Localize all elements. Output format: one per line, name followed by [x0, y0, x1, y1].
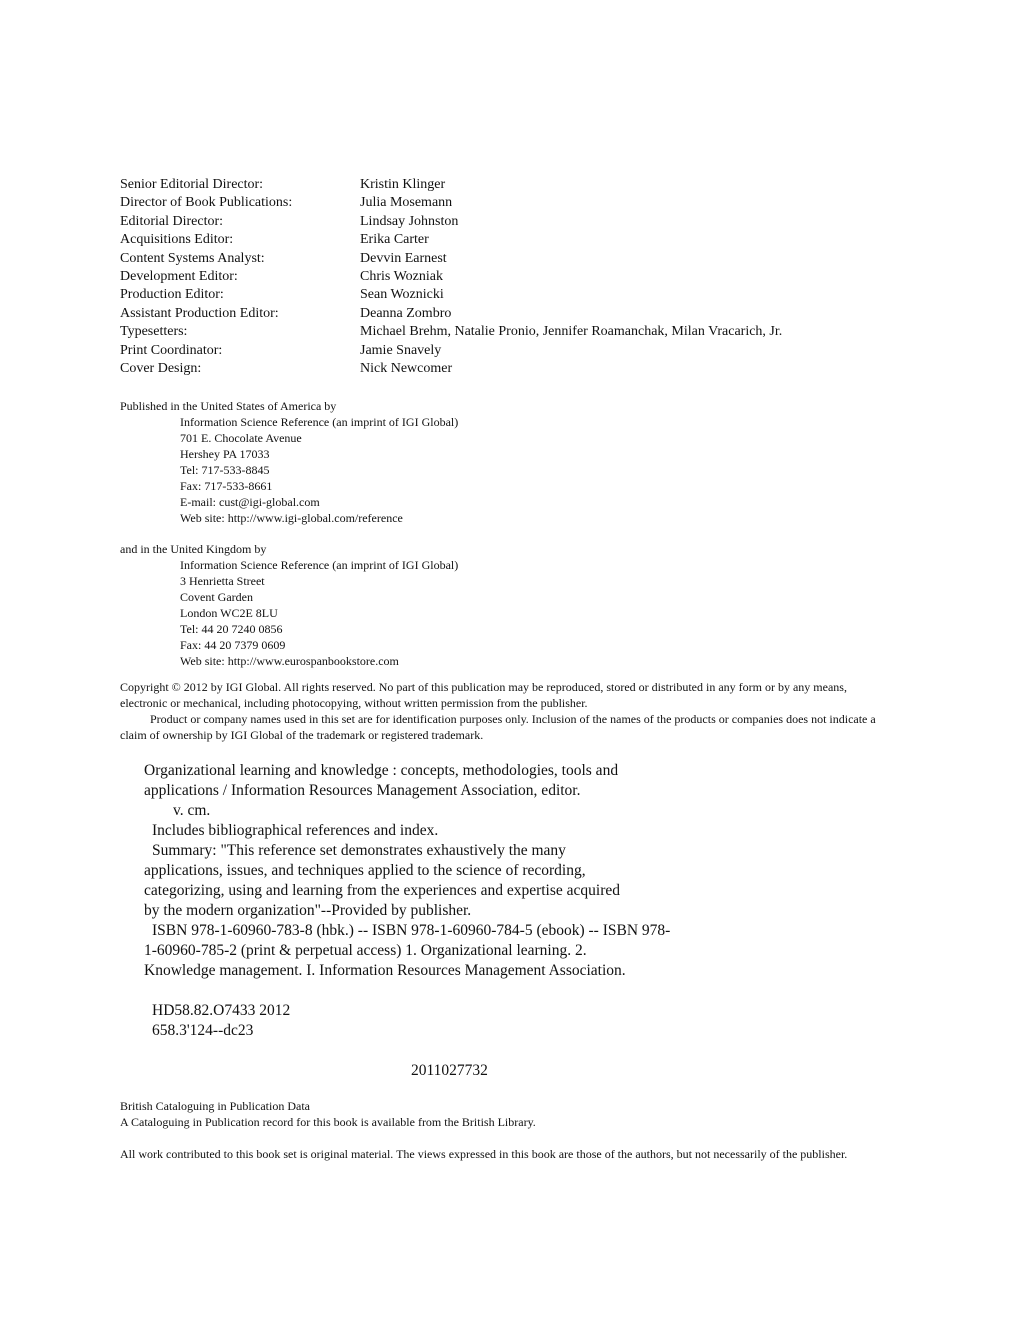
publisher-us-fax: Fax: 717-533-8661 — [180, 478, 272, 494]
publisher-uk-website: Web site: http://www.eurospanbookstore.c… — [180, 653, 399, 669]
publisher-us-tel: Tel: 717-533-8845 — [180, 462, 269, 478]
disclaimer: All work contributed to this book set is… — [120, 1146, 880, 1162]
staff-role: Acquisitions Editor: — [120, 231, 360, 249]
staff-role: Typesetters: — [120, 323, 360, 341]
british-cip-text: A Cataloguing in Publication record for … — [120, 1114, 536, 1130]
staff-role: Production Editor: — [120, 286, 360, 304]
publisher-uk-name: Information Science Reference (an imprin… — [180, 557, 458, 573]
cip-title-line: Organizational learning and knowledge : … — [144, 761, 618, 781]
staff-role: Development Editor: — [120, 268, 360, 286]
staff-name: Erika Carter — [360, 231, 429, 249]
staff-name: Lindsay Johnston — [360, 213, 458, 231]
cip-summary-line: by the modern organization"--Provided by… — [144, 901, 471, 921]
copyright-paragraph: Copyright © 2012 by IGI Global. All righ… — [120, 679, 880, 711]
cip-summary-line: applications, issues, and techniques app… — [144, 861, 586, 881]
copyright-notice: Copyright © 2012 by IGI Global. All righ… — [120, 679, 880, 743]
cip-isbn-line: ISBN 978-1-60960-783-8 (hbk.) -- ISBN 97… — [152, 921, 670, 941]
cip-summary-line: Summary: "This reference set demonstrate… — [152, 841, 566, 861]
cip-call-number: HD58.82.O7433 2012 — [152, 1001, 290, 1021]
publisher-uk-city: London WC2E 8LU — [180, 605, 278, 621]
publisher-us-website: Web site: http://www.igi-global.com/refe… — [180, 510, 403, 526]
staff-role: Director of Book Publications: — [120, 194, 360, 212]
cip-lccn: 2011027732 — [411, 1061, 488, 1081]
publisher-uk-tel: Tel: 44 20 7240 0856 — [180, 621, 283, 637]
cip-subjects-line: Knowledge management. I. Information Res… — [144, 961, 626, 981]
trademark-paragraph: Product or company names used in this se… — [120, 711, 880, 743]
publisher-us-street: 701 E. Chocolate Avenue — [180, 430, 302, 446]
publisher-uk-district: Covent Garden — [180, 589, 253, 605]
british-cip-heading: British Cataloguing in Publication Data — [120, 1098, 310, 1114]
staff-name: Nick Newcomer — [360, 360, 452, 378]
cip-volume-line: v. cm. — [173, 801, 210, 821]
staff-role: Print Coordinator: — [120, 342, 360, 360]
cip-dewey-number: 658.3'124--dc23 — [152, 1021, 253, 1041]
staff-role: Content Systems Analyst: — [120, 250, 360, 268]
staff-name: Devvin Earnest — [360, 250, 447, 268]
staff-name: Kristin Klinger — [360, 176, 445, 194]
publisher-uk-heading: and in the United Kingdom by — [120, 541, 266, 557]
staff-name: Chris Wozniak — [360, 268, 443, 286]
staff-name: Jamie Snavely — [360, 342, 441, 360]
staff-name: Deanna Zombro — [360, 305, 451, 323]
publisher-us-name: Information Science Reference (an imprin… — [180, 414, 458, 430]
staff-role: Assistant Production Editor: — [120, 305, 360, 323]
staff-role: Senior Editorial Director: — [120, 176, 360, 194]
publisher-us-city: Hershey PA 17033 — [180, 446, 270, 462]
publisher-us-email: E-mail: cust@igi-global.com — [180, 494, 320, 510]
publisher-uk-fax: Fax: 44 20 7379 0609 — [180, 637, 285, 653]
staff-role: Cover Design: — [120, 360, 360, 378]
publisher-uk-street: 3 Henrietta Street — [180, 573, 265, 589]
publisher-us-heading: Published in the United States of Americ… — [120, 398, 336, 414]
staff-name: Sean Woznicki — [360, 286, 444, 304]
cip-notes-line: Includes bibliographical references and … — [152, 821, 438, 841]
cip-summary-line: categorizing, using and learning from th… — [144, 881, 620, 901]
cip-title-line: applications / Information Resources Man… — [144, 781, 580, 801]
cip-isbn-line: 1-60960-785-2 (print & perpetual access)… — [144, 941, 587, 961]
staff-name: Michael Brehm, Natalie Pronio, Jennifer … — [360, 323, 782, 341]
staff-name: Julia Mosemann — [360, 194, 452, 212]
staff-role: Editorial Director: — [120, 213, 360, 231]
